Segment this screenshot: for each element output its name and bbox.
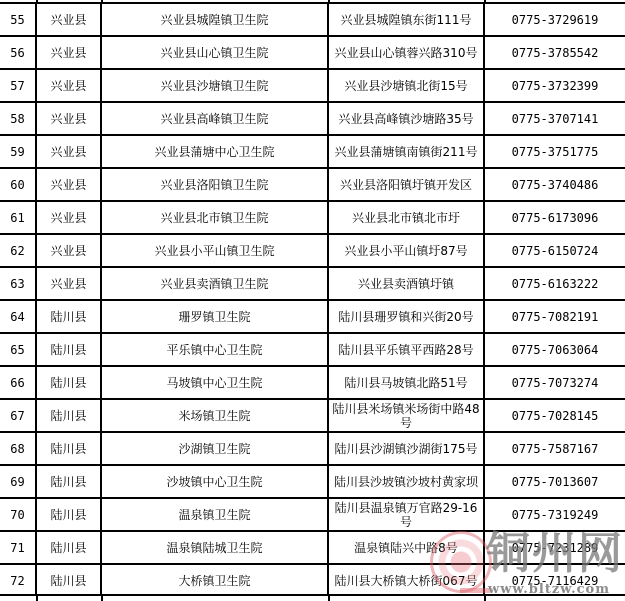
cell-county: 陆川县 — [36, 399, 101, 432]
cell-number: 71 — [0, 531, 36, 564]
cell-number: 55 — [0, 3, 36, 36]
cell-address: 兴业县山心镇蓉兴路310号 — [328, 36, 484, 69]
table-row: 61 兴业县 兴业县北市镇卫生院 兴业县北市镇北市圩 0775-6173096 — [0, 201, 625, 234]
table-row: 70 陆川县 温泉镇卫生院 陆川县温泉镇万官路29-16号 0775-73192… — [0, 498, 625, 531]
cell-hospital-name: 温泉镇卫生院 — [101, 498, 328, 531]
cell-phone: 0775-6173096 — [484, 201, 625, 234]
cell-hospital-name: 兴业县卖酒镇卫生院 — [101, 267, 328, 300]
cell-address: 兴业县小平山镇圩87号 — [328, 234, 484, 267]
cell-number: 66 — [0, 366, 36, 399]
cell-number: 63 — [0, 267, 36, 300]
table-row: 60 兴业县 兴业县洛阳镇卫生院 兴业县洛阳镇圩镇开发区 0775-374048… — [0, 168, 625, 201]
cell-address: 陆川县平乐镇平西路28号 — [328, 333, 484, 366]
cell-phone: 0775-3729619 — [484, 3, 625, 36]
cell-phone: 0775-7028145 — [484, 399, 625, 432]
cell-phone: 0775-7073274 — [484, 366, 625, 399]
cell-county: 兴业县 — [36, 36, 101, 69]
column-divider-stub — [36, 595, 38, 601]
cell-address: 陆川县温泉镇万官路29-16号 — [328, 498, 484, 531]
table-bottom-border — [0, 594, 625, 596]
cell-hospital-name: 兴业县蒲塘中心卫生院 — [101, 135, 328, 168]
cell-number: 67 — [0, 399, 36, 432]
cell-county: 兴业县 — [36, 267, 101, 300]
cell-county: 兴业县 — [36, 201, 101, 234]
cell-county: 陆川县 — [36, 498, 101, 531]
cell-number: 56 — [0, 36, 36, 69]
cell-county: 陆川县 — [36, 300, 101, 333]
table-row: 63 兴业县 兴业县卖酒镇卫生院 兴业县卖酒镇圩镇 0775-6163222 — [0, 267, 625, 300]
cell-hospital-name: 珊罗镇卫生院 — [101, 300, 328, 333]
cell-number: 58 — [0, 102, 36, 135]
cell-phone: 0775-3785542 — [484, 36, 625, 69]
cell-hospital-name: 温泉镇陆城卫生院 — [101, 531, 328, 564]
cell-county: 陆川县 — [36, 432, 101, 465]
cell-hospital-name: 兴业县山心镇卫生院 — [101, 36, 328, 69]
cell-hospital-name: 兴业县洛阳镇卫生院 — [101, 168, 328, 201]
cell-address: 兴业县蒲塘镇南镇街211号 — [328, 135, 484, 168]
cell-hospital-name: 沙坡镇中心卫生院 — [101, 465, 328, 498]
cell-county: 兴业县 — [36, 234, 101, 267]
cell-phone: 0775-3732399 — [484, 69, 625, 102]
table-row: 67 陆川县 米场镇卫生院 陆川县米场镇米场街中路48号 0775-702814… — [0, 399, 625, 432]
cell-county: 陆川县 — [36, 465, 101, 498]
cell-number: 60 — [0, 168, 36, 201]
table-row: 72 陆川县 大桥镇卫生院 陆川县大桥镇大桥街067号 0775-7116429 — [0, 564, 625, 596]
cell-hospital-name: 兴业县沙塘镇卫生院 — [101, 69, 328, 102]
table-row: 55 兴业县 兴业县城隍镇卫生院 兴业县城隍镇东街111号 0775-37296… — [0, 3, 625, 36]
column-divider-stub — [328, 595, 330, 601]
table-row: 68 陆川县 沙湖镇卫生院 陆川县沙湖镇沙湖街175号 0775-7587167 — [0, 432, 625, 465]
table-row: 62 兴业县 兴业县小平山镇卫生院 兴业县小平山镇圩87号 0775-61507… — [0, 234, 625, 267]
cell-county: 兴业县 — [36, 102, 101, 135]
table-body: 55 兴业县 兴业县城隍镇卫生院 兴业县城隍镇东街111号 0775-37296… — [0, 3, 625, 596]
cell-hospital-name: 大桥镇卫生院 — [101, 564, 328, 596]
table-row: 66 陆川县 马坡镇中心卫生院 陆川县马坡镇北路51号 0775-7073274 — [0, 366, 625, 399]
cell-phone: 0775-3740486 — [484, 168, 625, 201]
cell-number: 72 — [0, 564, 36, 596]
cell-phone: 0775-6163222 — [484, 267, 625, 300]
cell-address: 兴业县城隍镇东街111号 — [328, 3, 484, 36]
table-row: 64 陆川县 珊罗镇卫生院 陆川县珊罗镇和兴街20号 0775-7082191 — [0, 300, 625, 333]
cell-address: 兴业县洛阳镇圩镇开发区 — [328, 168, 484, 201]
cell-address: 陆川县珊罗镇和兴街20号 — [328, 300, 484, 333]
cell-phone: 0775-7319249 — [484, 498, 625, 531]
cell-county: 陆川县 — [36, 531, 101, 564]
cell-address: 陆川县沙坡镇沙坡村黄家坝 — [328, 465, 484, 498]
cell-phone: 0775-7231289 — [484, 531, 625, 564]
cell-county: 陆川县 — [36, 564, 101, 596]
cell-number: 64 — [0, 300, 36, 333]
table-row: 65 陆川县 平乐镇中心卫生院 陆川县平乐镇平西路28号 0775-706306… — [0, 333, 625, 366]
cell-hospital-name: 米场镇卫生院 — [101, 399, 328, 432]
column-divider-stub — [484, 595, 486, 601]
cell-number: 61 — [0, 201, 36, 234]
cell-number: 57 — [0, 69, 36, 102]
health-center-table: 55 兴业县 兴业县城隍镇卫生院 兴业县城隍镇东街111号 0775-37296… — [0, 2, 625, 596]
cell-phone: 0775-3751775 — [484, 135, 625, 168]
cell-number: 62 — [0, 234, 36, 267]
cell-phone: 0775-7082191 — [484, 300, 625, 333]
cell-county: 兴业县 — [36, 168, 101, 201]
table-row: 69 陆川县 沙坡镇中心卫生院 陆川县沙坡镇沙坡村黄家坝 0775-701360… — [0, 465, 625, 498]
cell-phone: 0775-7063064 — [484, 333, 625, 366]
cell-address: 陆川县沙湖镇沙湖街175号 — [328, 432, 484, 465]
cell-phone: 0775-6150724 — [484, 234, 625, 267]
cell-number: 68 — [0, 432, 36, 465]
cell-phone: 0775-7013607 — [484, 465, 625, 498]
cell-number: 65 — [0, 333, 36, 366]
cell-hospital-name: 沙湖镇卫生院 — [101, 432, 328, 465]
cell-hospital-name: 马坡镇中心卫生院 — [101, 366, 328, 399]
cell-number: 59 — [0, 135, 36, 168]
cell-number: 70 — [0, 498, 36, 531]
cell-address: 陆川县米场镇米场街中路48号 — [328, 399, 484, 432]
cell-address: 兴业县高峰镇沙塘路35号 — [328, 102, 484, 135]
cell-county: 兴业县 — [36, 135, 101, 168]
cell-address: 兴业县沙塘镇北街15号 — [328, 69, 484, 102]
cell-address: 兴业县卖酒镇圩镇 — [328, 267, 484, 300]
table-row: 56 兴业县 兴业县山心镇卫生院 兴业县山心镇蓉兴路310号 0775-3785… — [0, 36, 625, 69]
table-row: 59 兴业县 兴业县蒲塘中心卫生院 兴业县蒲塘镇南镇街211号 0775-375… — [0, 135, 625, 168]
cell-address: 陆川县大桥镇大桥街067号 — [328, 564, 484, 596]
cell-address: 陆川县马坡镇北路51号 — [328, 366, 484, 399]
cell-hospital-name: 兴业县城隍镇卫生院 — [101, 3, 328, 36]
table-row: 57 兴业县 兴业县沙塘镇卫生院 兴业县沙塘镇北街15号 0775-373239… — [0, 69, 625, 102]
cell-phone: 0775-7116429 — [484, 564, 625, 596]
cell-hospital-name: 兴业县小平山镇卫生院 — [101, 234, 328, 267]
cell-county: 陆川县 — [36, 366, 101, 399]
cell-county: 兴业县 — [36, 3, 101, 36]
cell-phone: 0775-7587167 — [484, 432, 625, 465]
table-row: 71 陆川县 温泉镇陆城卫生院 温泉镇陆兴中路8号 0775-7231289 — [0, 531, 625, 564]
cell-county: 陆川县 — [36, 333, 101, 366]
cell-county: 兴业县 — [36, 69, 101, 102]
cell-hospital-name: 平乐镇中心卫生院 — [101, 333, 328, 366]
cell-number: 69 — [0, 465, 36, 498]
cell-phone: 0775-3707141 — [484, 102, 625, 135]
column-divider-stub — [101, 595, 103, 601]
cell-hospital-name: 兴业县高峰镇卫生院 — [101, 102, 328, 135]
table-row: 58 兴业县 兴业县高峰镇卫生院 兴业县高峰镇沙塘路35号 0775-37071… — [0, 102, 625, 135]
cell-address: 温泉镇陆兴中路8号 — [328, 531, 484, 564]
cell-address: 兴业县北市镇北市圩 — [328, 201, 484, 234]
cell-hospital-name: 兴业县北市镇卫生院 — [101, 201, 328, 234]
